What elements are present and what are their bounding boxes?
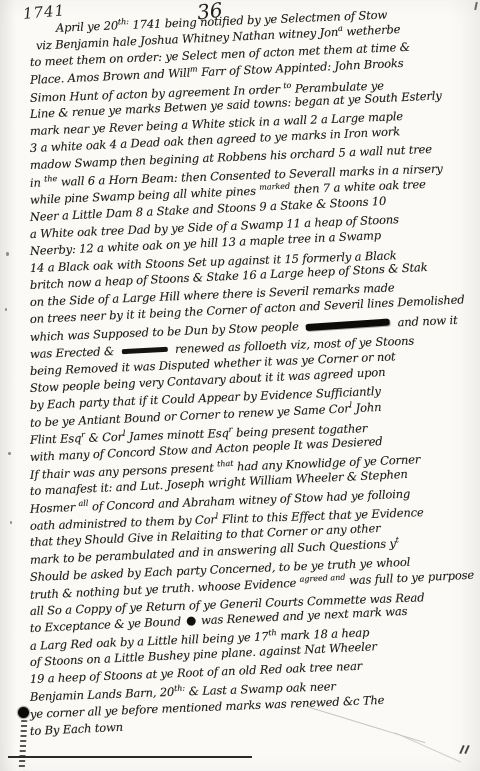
manuscript-page: 1741 36 April ye 20th: 1741 being notifi…: [0, 0, 480, 771]
inserted-word: l: [349, 401, 352, 410]
inserted-word: r: [81, 430, 85, 439]
inserted-word: to: [283, 80, 291, 89]
paper-speck: [10, 521, 12, 524]
pen-stroke: [464, 745, 469, 754]
inserted-word: r: [228, 425, 232, 434]
scan-edge-line: [8, 756, 252, 758]
ink-strike: [121, 346, 167, 353]
inserted-word: th: [268, 628, 277, 637]
ink-scribble: [306, 317, 390, 330]
inserted-word: a: [338, 24, 343, 33]
inserted-word: agreed and: [299, 572, 345, 583]
inserted-word: that: [217, 458, 234, 468]
corner-pen-mark: [461, 739, 475, 749]
ink-blot: [186, 616, 195, 625]
ink-smudge-left-margin: [19, 720, 28, 770]
inserted-word: l: [215, 512, 218, 521]
ink-blob-left-margin: [18, 707, 29, 718]
inserted-word: marked: [259, 182, 290, 192]
manuscript-lines: April ye 20th: 1741 being notified by ye…: [30, 21, 478, 741]
paper-speck: [6, 252, 9, 256]
inserted-word: th:: [174, 684, 185, 693]
inserted-word: t: [395, 536, 399, 545]
paper-speck: [5, 308, 7, 311]
inserted-word: the: [44, 174, 57, 183]
paper-speck: [8, 452, 11, 455]
inserted-word: l: [123, 429, 126, 438]
inserted-word: all: [78, 499, 88, 508]
inserted-word: th:: [118, 17, 129, 26]
inserted-word: m: [190, 65, 198, 74]
